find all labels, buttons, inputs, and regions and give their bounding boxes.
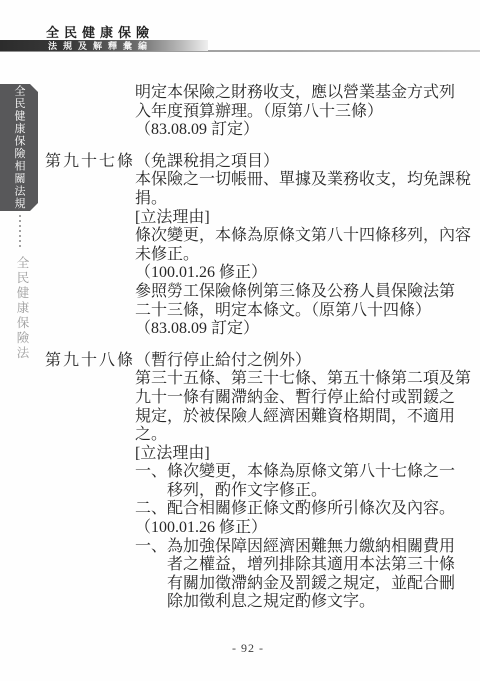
article-line: 本保險之一切帳冊、單據及業務收支，均免課稅: [135, 171, 471, 190]
sidebar-tab: 全民健康保險相關法規: [0, 84, 38, 211]
edition-banner: 法規及解釋彙編: [0, 40, 208, 51]
article-block: 第九十七條（免課稅捐之項目）本保險之一切帳冊、單據及業務收支，均免課稅捐。[立法…: [45, 153, 465, 339]
article-line: 參照勞工保險條例第三條及公務人員保險法第: [135, 283, 471, 302]
article-line: （暫行停止給付之例外）: [135, 352, 471, 371]
dotted-separator: [19, 215, 21, 249]
article-line: 一、為加強保障因經濟困難無力繳納相關費用: [135, 538, 471, 557]
article-line: 明定本保險之財務收支，應以營業基金方式列: [135, 84, 465, 103]
article-line: （免課稅捐之項目）: [135, 153, 471, 172]
sidebar-section-label: 全民健康保險法: [13, 256, 31, 361]
article-block: 第九十八條（暫行停止給付之例外）第三十五條、第三十七條、第五十條第二項及第九十一…: [45, 352, 465, 612]
article-line: 九十一條有關滯納金、暫行停止給付或罰鍰之: [135, 389, 471, 408]
article-line: 入年度預算辦理。（原第八十三條）: [135, 103, 465, 122]
article-line: 有關加徵滯納金及罰鍰之規定，並配合刪: [135, 575, 471, 594]
article-lines: （暫行停止給付之例外）第三十五條、第三十七條、第五十條第二項及第九十一條有關滯納…: [135, 352, 471, 612]
article-line: 捐。: [135, 190, 471, 209]
article-lines: 明定本保險之財務收支，應以營業基金方式列入年度預算辦理。（原第八十三條）（83.…: [135, 84, 465, 140]
article-block: 明定本保險之財務收支，應以營業基金方式列入年度預算辦理。（原第八十三條）（83.…: [45, 84, 465, 140]
article-line: （83.08.09 訂定）: [135, 320, 471, 339]
article-line: （83.08.09 訂定）: [135, 121, 465, 140]
article-line: [立法理由]: [135, 209, 471, 228]
article-line: 除加徵利息之規定酌修文字。: [135, 593, 471, 612]
article-line: 二十三條，明定本條文。（原第八十四條）: [135, 302, 471, 321]
edition-banner-label: 法規及解釋彙編: [0, 39, 153, 52]
article-line: 之。: [135, 426, 471, 445]
article-line: 二、配合相關修正條文酌修所引條次及內容。: [135, 500, 471, 519]
article-line: 規定，於被保險人經濟困難資格期間，不適用: [135, 408, 471, 427]
article-list: 明定本保險之財務收支，應以營業基金方式列入年度預算辦理。（原第八十三條）（83.…: [45, 84, 465, 625]
article-line: 者之權益，增列排除其適用本法第三十條: [135, 556, 471, 575]
article-line: 未修正。: [135, 246, 471, 265]
article-label: 第九十八條: [45, 352, 135, 371]
page-number: - 92 -: [0, 641, 480, 656]
article-line: 移列，酌作文字修正。: [135, 482, 471, 501]
article-line: 第三十五條、第三十七條、第五十條第二項及第: [135, 370, 471, 389]
sidebar-tab-label: 全民健康保險相關法規: [11, 85, 27, 210]
article-line: [立法理由]: [135, 445, 471, 464]
article-line: 一、條次變更，本條為原條文第八十七條之一: [135, 463, 471, 482]
article-lines: （免課稅捐之項目）本保險之一切帳冊、單據及業務收支，均免課稅捐。[立法理由]條次…: [135, 153, 471, 339]
article-line: （100.01.26 修正）: [135, 264, 471, 283]
article-label: 第九十七條: [45, 153, 135, 172]
article-line: 條次變更，本條為原條文第八十四條移列，內容: [135, 227, 471, 246]
article-line: （100.01.26 修正）: [135, 519, 471, 538]
